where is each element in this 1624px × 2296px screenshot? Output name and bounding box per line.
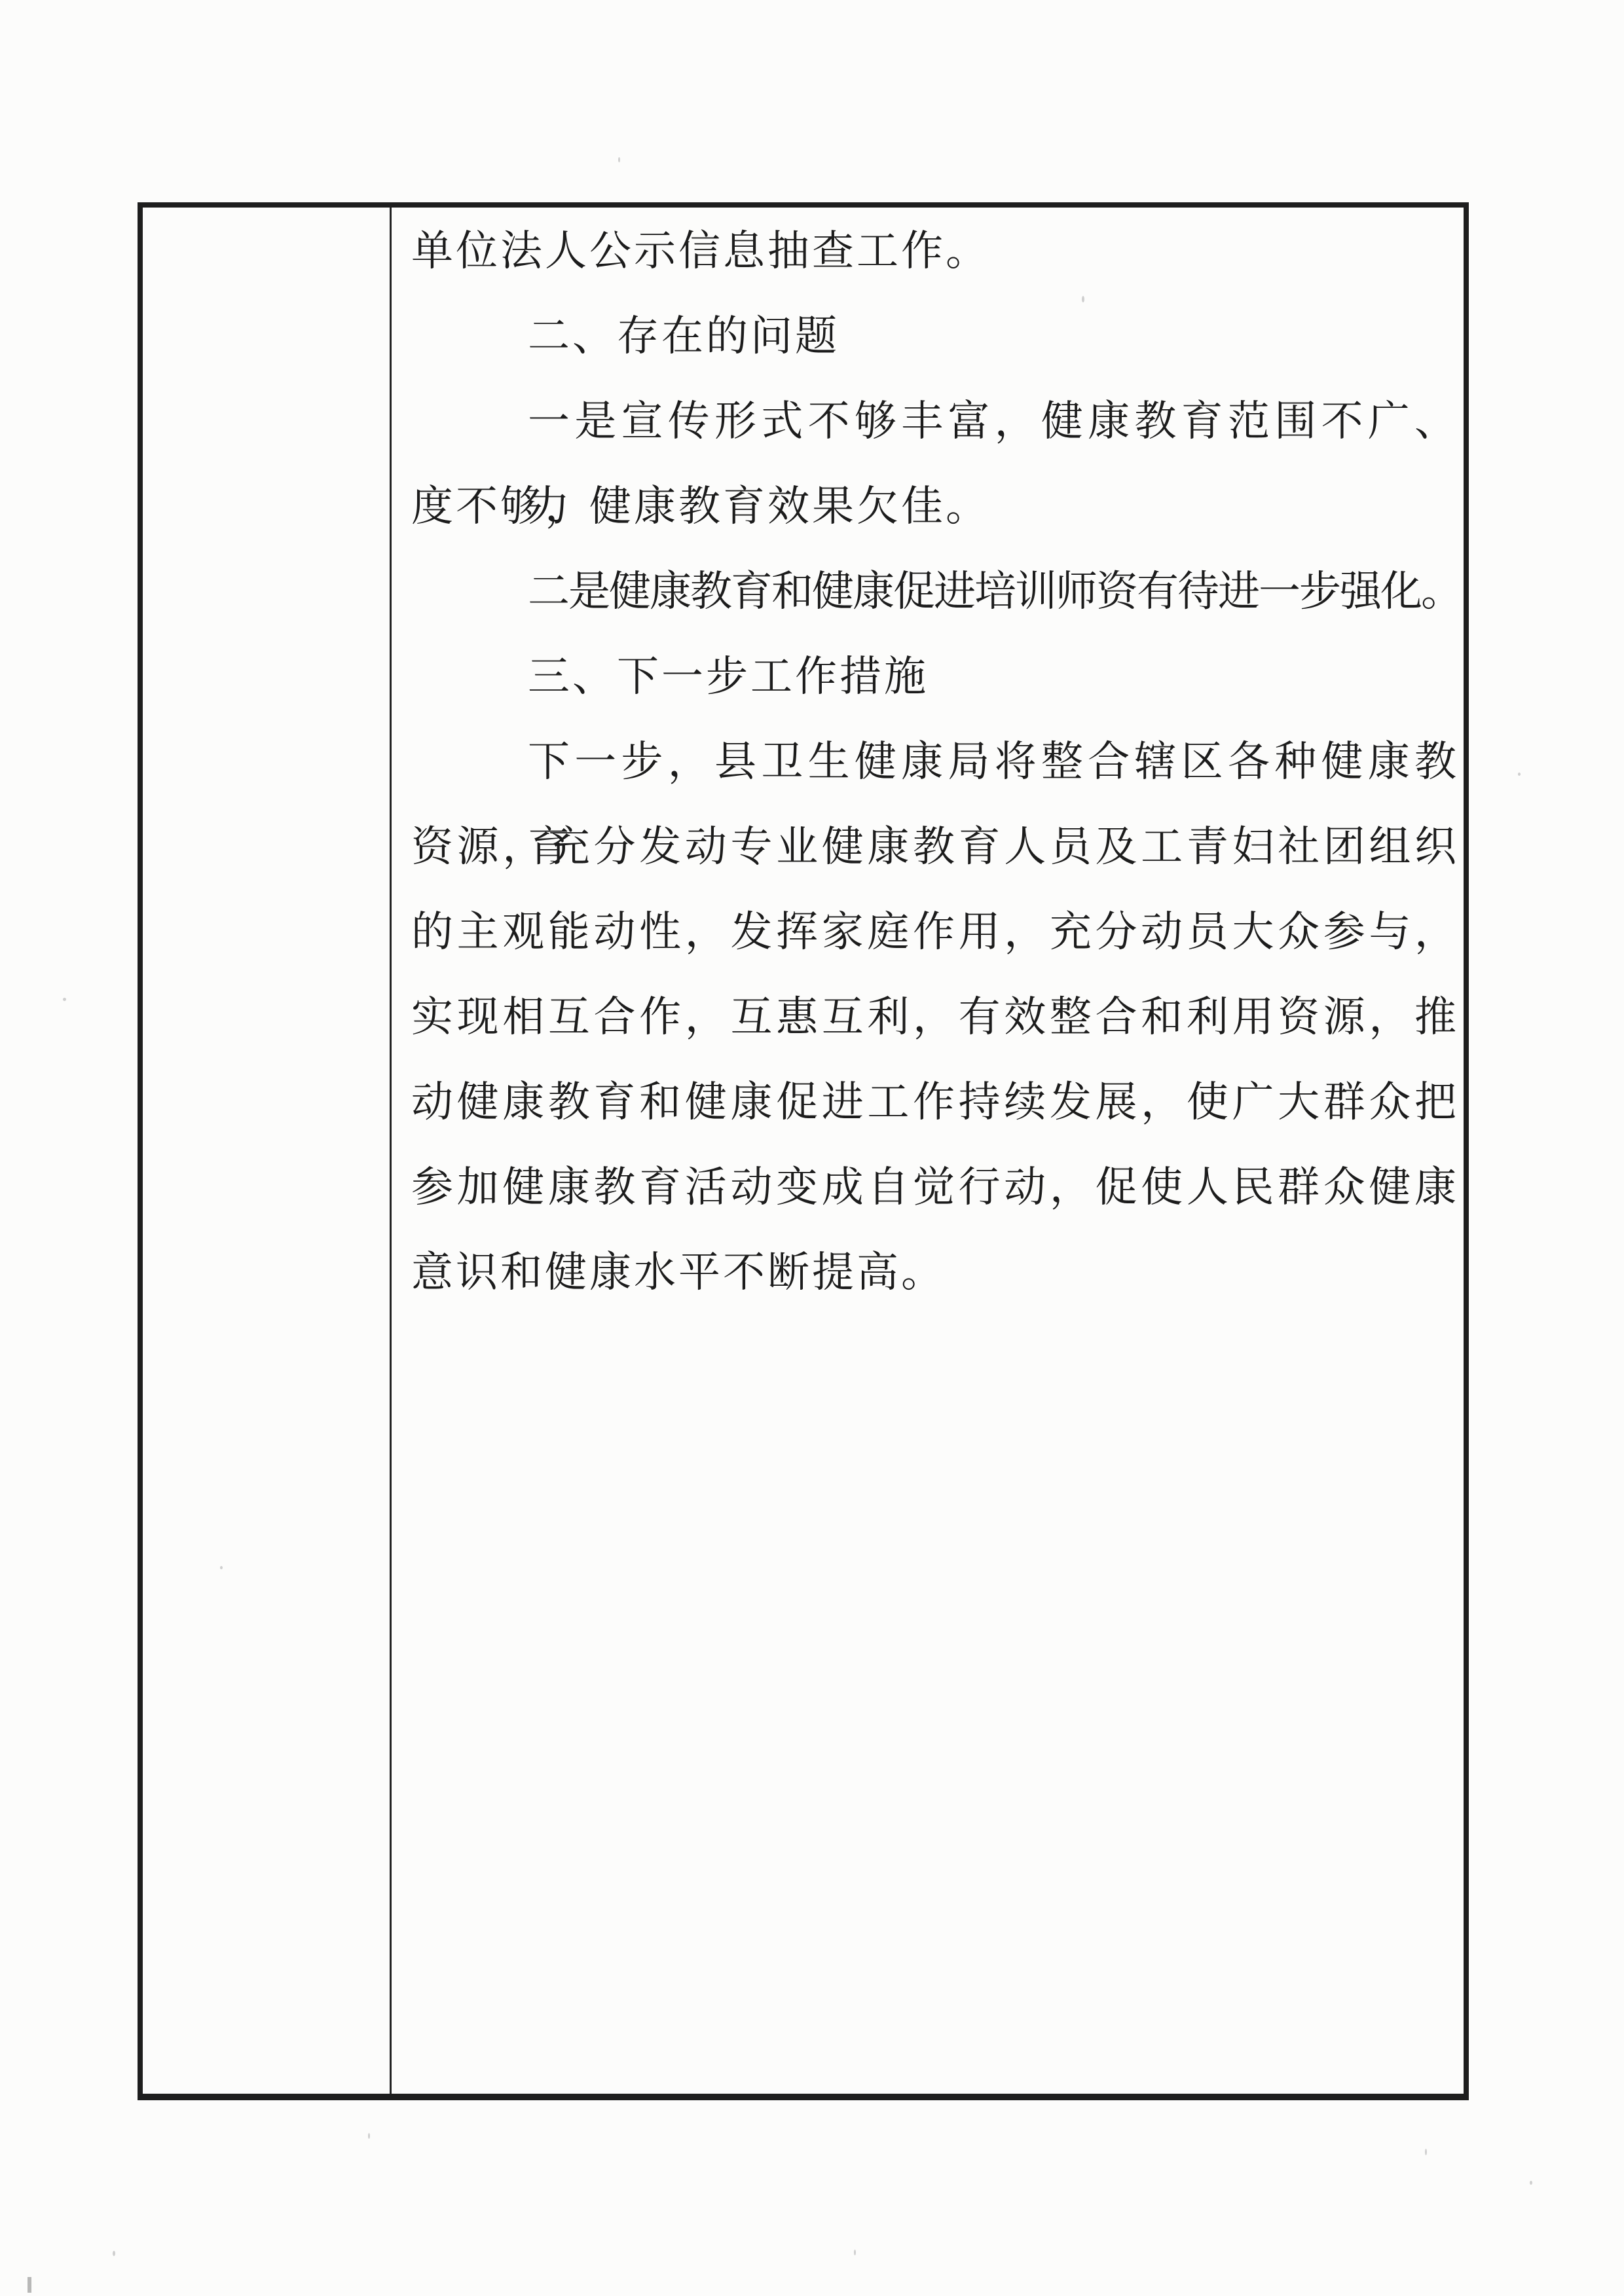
text-line: 动健康教育和健康促进工作持续发展，使广大群众把: [411, 1060, 1459, 1145]
document-table: 单位法人公示信息抽查工作。二、存在的问题一是宣传形式不够丰富，健康教育范围不广、…: [138, 202, 1469, 2100]
scan-speckle: [220, 1566, 223, 1569]
scan-speckle: [1530, 2181, 1532, 2185]
text-line: 三、下一步工作措施: [411, 634, 1459, 720]
scan-speckle: [1518, 773, 1521, 776]
text-line: 下一步，县卫生健康局将整合辖区各种健康教育: [411, 720, 1459, 805]
text-line: 的主观能动性，发挥家庭作用，充分动员大众参与，: [411, 890, 1459, 975]
scan-speckle: [113, 2251, 115, 2256]
scan-speckle: [854, 2250, 856, 2255]
text-line: 二、存在的问题: [411, 294, 1459, 379]
scan-speckle: [368, 2133, 370, 2139]
text-line: 单位法人公示信息抽查工作。: [411, 209, 1459, 294]
text-line: 一是宣传形式不够丰富，健康教育范围不广、力: [411, 379, 1459, 464]
scan-speckle: [1425, 2149, 1427, 2155]
table-left-empty-cell: [143, 208, 392, 2094]
text-line: 参加健康教育活动变成自觉行动，促使人民群众健康: [411, 1145, 1459, 1230]
text-line: 资源，充分发动专业健康教育人员及工青妇社团组织: [411, 805, 1459, 890]
scan-speckle: [618, 157, 620, 162]
scan-speckle: [1082, 296, 1084, 302]
text-line: 二是健康教育和健康促进培训师资有待进一步强化。: [411, 549, 1459, 634]
scan-edge-mark: [28, 2277, 31, 2293]
text-line: 实现相互合作，互惠互利，有效整合和利用资源，推: [411, 975, 1459, 1060]
text-line: 度不够，健康教育效果欠佳。: [411, 464, 1459, 549]
text-line: 意识和健康水平不断提高。: [411, 1230, 1459, 1315]
scan-speckle: [63, 998, 66, 1001]
scanned-document-page: 单位法人公示信息抽查工作。二、存在的问题一是宣传形式不够丰富，健康教育范围不广、…: [0, 0, 1624, 2296]
table-content-cell: 单位法人公示信息抽查工作。二、存在的问题一是宣传形式不够丰富，健康教育范围不广、…: [392, 208, 1464, 2094]
